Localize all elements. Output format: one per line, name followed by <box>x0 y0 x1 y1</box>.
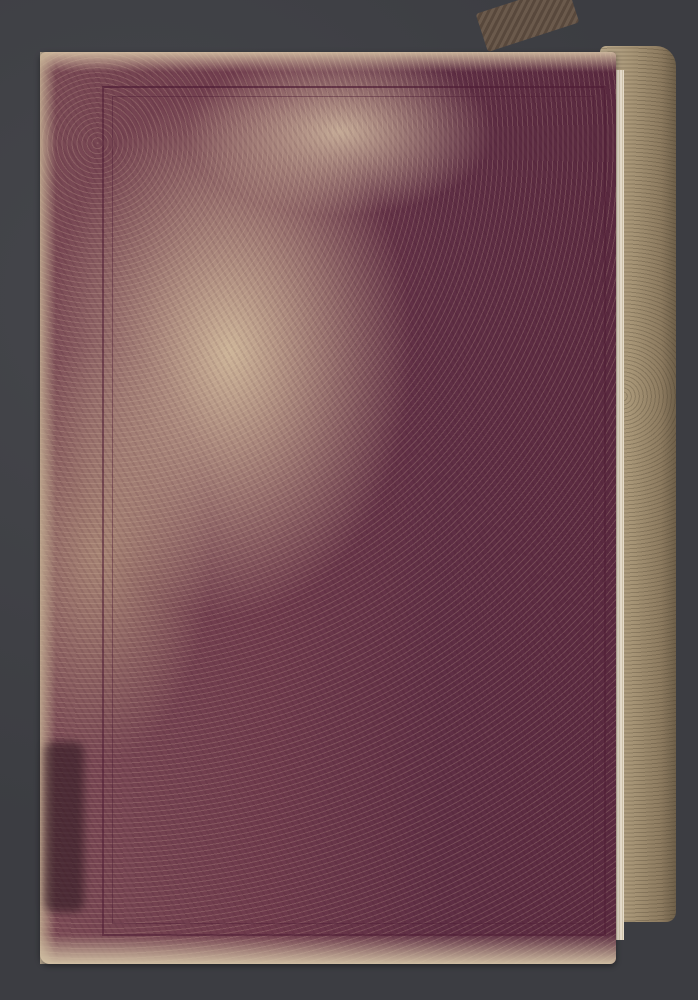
blind-stamped-border-inner <box>112 96 594 924</box>
worn-bottom-edge <box>40 934 616 964</box>
book-cover <box>40 52 616 964</box>
dark-stain <box>44 742 84 912</box>
worn-top-edge <box>40 52 616 72</box>
